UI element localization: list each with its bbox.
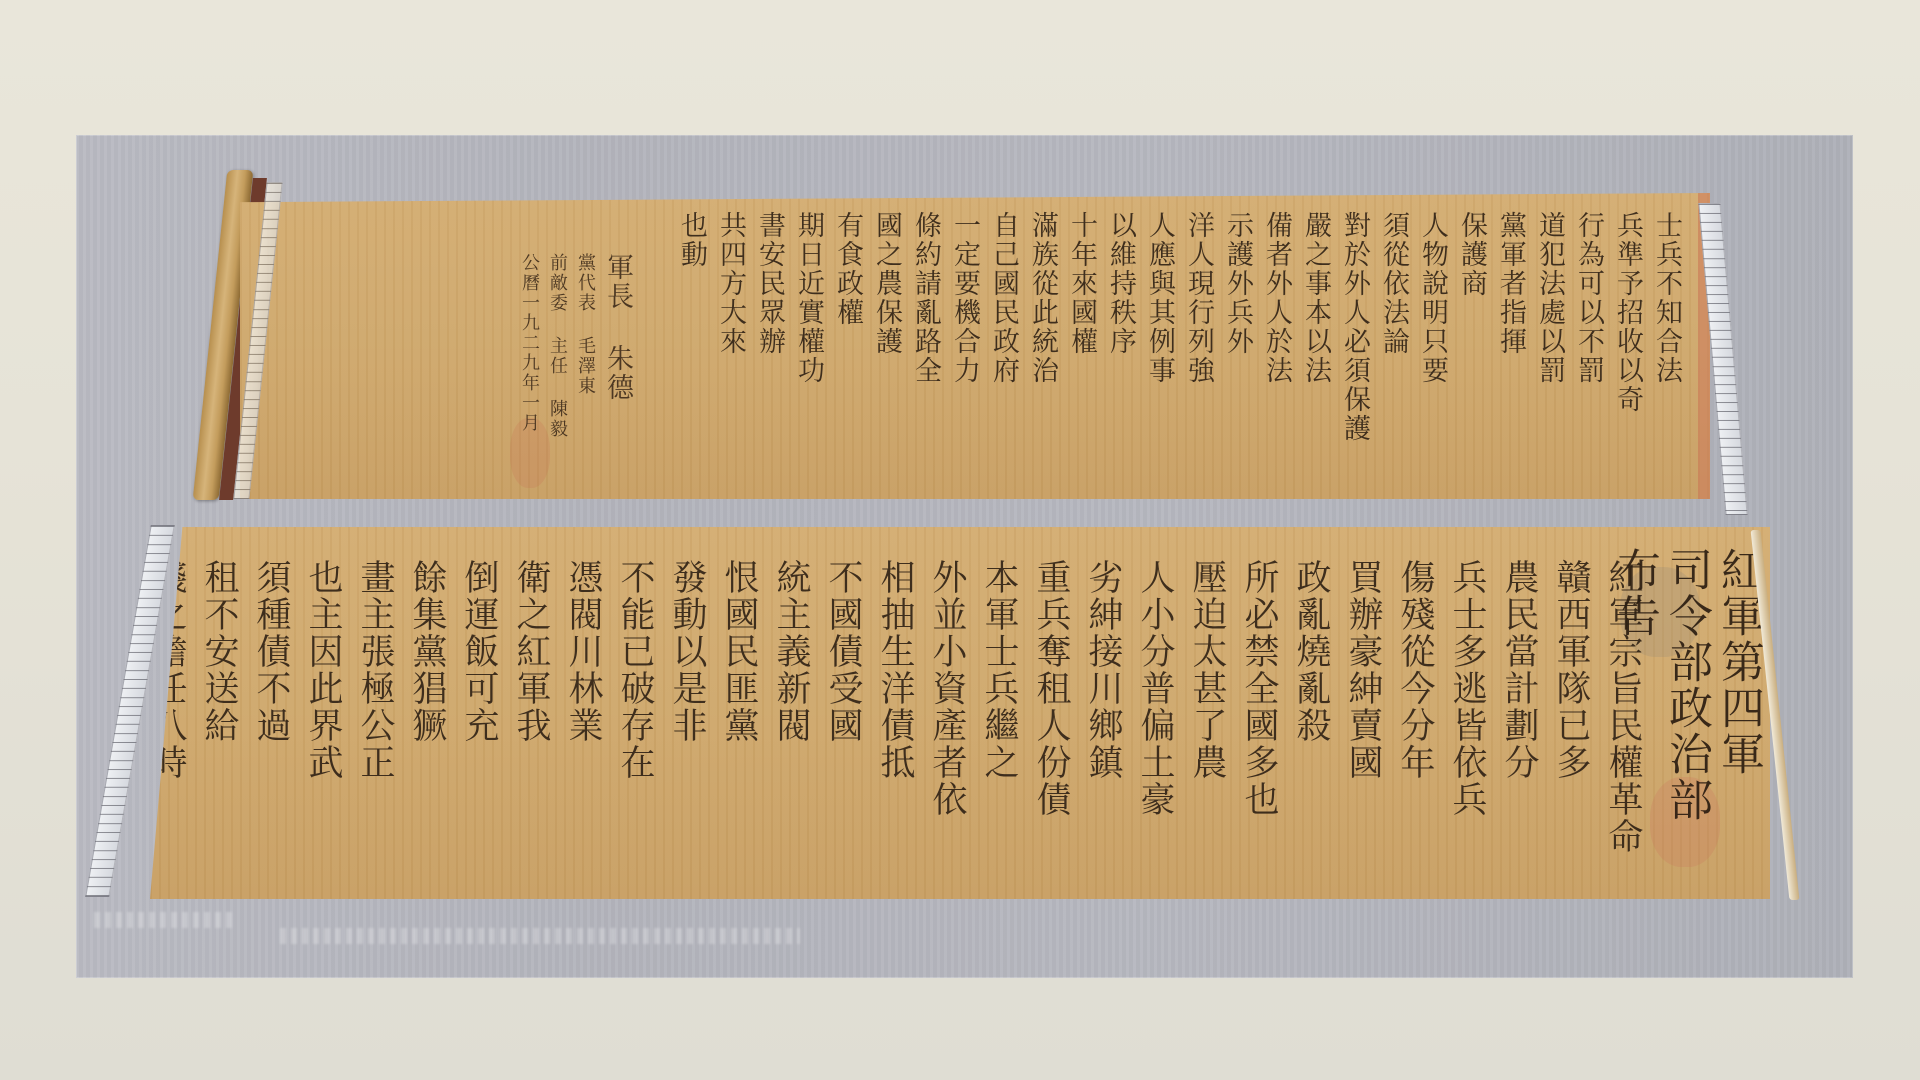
calligraphy-column: 餘集黨猖獗 xyxy=(392,559,444,889)
calligraphy-column: 司令部政治部 xyxy=(1664,547,1708,823)
calligraphy-column: 有食政權 xyxy=(822,211,861,496)
calligraphy-column: 也動 xyxy=(666,211,705,496)
calligraphy-column: 兵士多逃皆依兵 xyxy=(1432,559,1484,889)
calligraphy-column: 不國債受國 xyxy=(808,559,860,889)
calligraphy-column: 黨軍者指揮 xyxy=(1485,211,1524,496)
calligraphy-column: 共四方大來 xyxy=(705,211,744,496)
calligraphy-column: 本軍士兵繼之 xyxy=(964,559,1016,889)
calligraphy-column: 洋人現行列強 xyxy=(1173,211,1212,496)
caption-illegible xyxy=(280,928,800,944)
calligraphy-column: 劣紳接川鄉鎮 xyxy=(1068,559,1120,889)
calligraphy-column: 條約請亂路全 xyxy=(900,211,939,496)
calligraphy-column: 政亂燒亂殺 xyxy=(1276,559,1328,889)
calligraphy-column: 恨國民匪黨 xyxy=(704,559,756,889)
calligraphy-column: 行為可以不罰 xyxy=(1563,211,1602,496)
calligraphy-column: 紅軍宗旨民權革命 xyxy=(1588,559,1640,889)
calligraphy-column: 一定要機合力 xyxy=(939,211,978,496)
calligraphy-column: 人物說明只要 xyxy=(1407,211,1446,496)
upper-scroll: 士兵不知合法兵準予招收以奇行為可以不罰道犯法處以罰黨軍者指揮保護商人物說明只要須… xyxy=(240,193,1710,499)
upper-scroll-text: 士兵不知合法兵準予招收以奇行為可以不罰道犯法處以罰黨軍者指揮保護商人物說明只要須… xyxy=(666,211,1680,496)
calligraphy-column: 所必禁全國多也 xyxy=(1224,559,1276,889)
caption-illegible xyxy=(94,912,234,928)
calligraphy-column: 滿族從此統治 xyxy=(1017,211,1056,496)
calligraphy-column: 保護商 xyxy=(1446,211,1485,496)
calligraphy-column: 發動以是非 xyxy=(652,559,704,889)
calligraphy-column: 農民當計劃分 xyxy=(1484,559,1536,889)
calligraphy-column: 相抽生洋債抵 xyxy=(860,559,912,889)
calligraphy-column: 壓迫太甚了農 xyxy=(1172,559,1224,889)
calligraphy-column: 士兵不知合法 xyxy=(1641,211,1680,496)
calligraphy-column: 人小分普偏土豪 xyxy=(1120,559,1172,889)
calligraphy-column: 紅軍第四軍 xyxy=(1716,547,1760,823)
calligraphy-column: 衛之紅軍我 xyxy=(496,559,548,889)
calligraphy-column: 租不安送給 xyxy=(184,559,236,889)
calligraphy-column: 十年來國權 xyxy=(1056,211,1095,496)
signature-commander: 軍長 朱德 xyxy=(604,253,631,439)
calligraphy-column: 國之農保護 xyxy=(861,211,900,496)
calligraphy-column: 贛西軍隊已多 xyxy=(1536,559,1588,889)
calligraphy-column: 憑閥川林業 xyxy=(548,559,600,889)
calligraphy-column: 買辦豪紳賣國 xyxy=(1328,559,1380,889)
calligraphy-column: 示護外兵外 xyxy=(1212,211,1251,496)
calligraphy-column: 人應與其例事 xyxy=(1134,211,1173,496)
calligraphy-column: 道犯法處以罰 xyxy=(1524,211,1563,496)
signature-date: 公曆一九二九年一月 xyxy=(520,253,538,439)
calligraphy-column: 須從依法論 xyxy=(1368,211,1407,496)
calligraphy-column: 兵準予招收以奇 xyxy=(1602,211,1641,496)
calligraphy-column: 備者外人於法 xyxy=(1251,211,1290,496)
calligraphy-column: 傷殘從今分年 xyxy=(1380,559,1432,889)
signature-block: 軍長 朱德 黨代表 毛澤東 前敵委 主任 陳毅 公曆一九二九年一月 xyxy=(490,253,631,439)
calligraphy-column: 也主因此界武 xyxy=(288,559,340,889)
calligraphy-column: 書安民眾辦 xyxy=(744,211,783,496)
calligraphy-column: 對於外人必須保護 xyxy=(1329,211,1368,496)
calligraphy-column: 外並小資產者依 xyxy=(912,559,964,889)
calligraphy-column: 重兵奪租人份債 xyxy=(1016,559,1068,889)
lower-scroll-text: 紅軍宗旨民權革命贛西軍隊已多農民當計劃分兵士多逃皆依兵傷殘從今分年買辦豪紳賣國政… xyxy=(150,559,1640,889)
calligraphy-column: 統主義新閥 xyxy=(756,559,808,889)
calligraphy-column: 不能已破存在 xyxy=(600,559,652,889)
calligraphy-column: 期日近實權功 xyxy=(783,211,822,496)
signature-party-rep: 黨代表 毛澤東 xyxy=(576,253,594,439)
calligraphy-column: 畫主張極公正 xyxy=(340,559,392,889)
calligraphy-column: 嚴之事本以法 xyxy=(1290,211,1329,496)
calligraphy-column: 以維持秩序 xyxy=(1095,211,1134,496)
calligraphy-column: 須種債不過 xyxy=(236,559,288,889)
lower-scroll: 紅軍第四軍司令部政治部布告 紅軍宗旨民權革命贛西軍隊已多農民當計劃分兵士多逃皆依… xyxy=(150,527,1770,899)
signature-front-committee: 前敵委 主任 陳毅 xyxy=(548,253,566,439)
calligraphy-column: 自己國民政府 xyxy=(978,211,1017,496)
calligraphy-column: 倒運飯可充 xyxy=(444,559,496,889)
